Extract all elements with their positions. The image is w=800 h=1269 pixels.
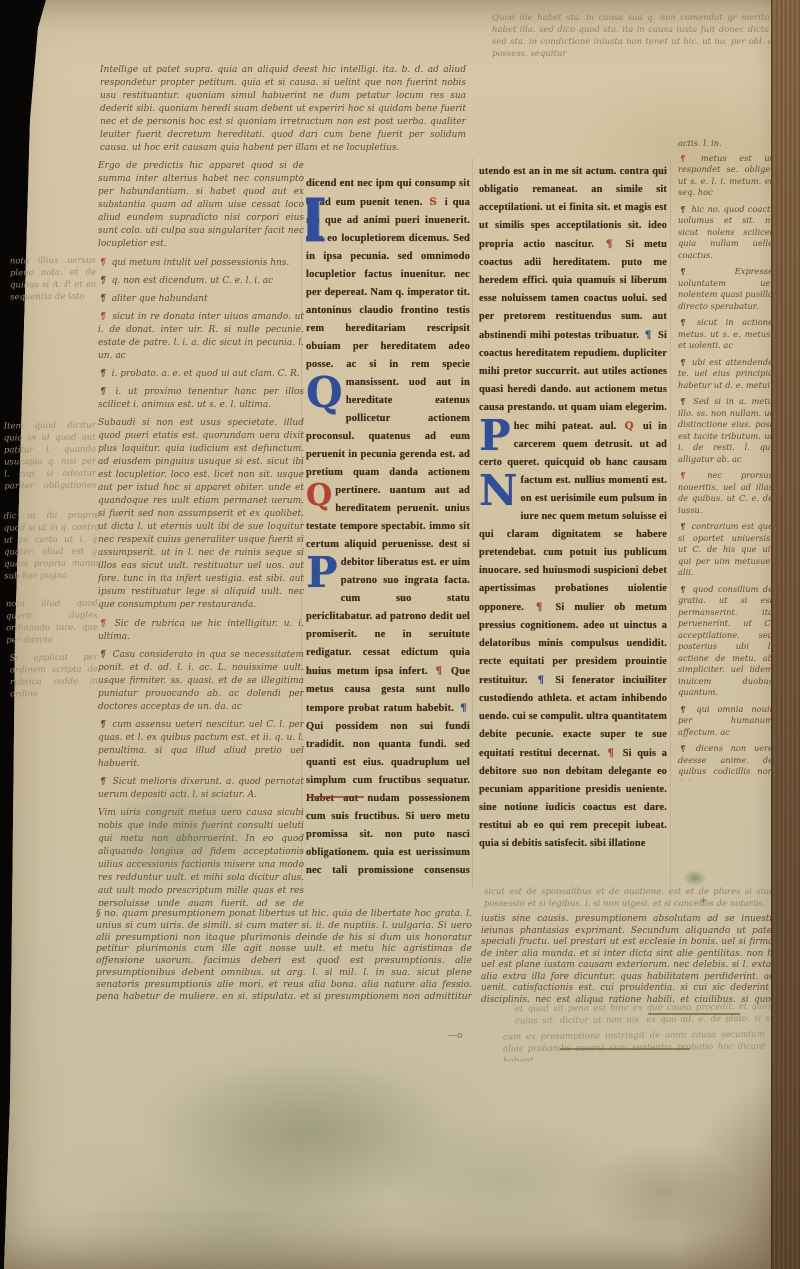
text-segment: Qui possidem non sui fundi tradidit. non… (306, 721, 470, 822)
pilcrow-icon: ¶ (604, 238, 616, 250)
gloss-entry-text: hic no. quod coacti uolumus et sit. n. s… (678, 204, 773, 260)
pilcrow-icon: ¶ (98, 650, 109, 660)
margin-note: dic ut ibi proprie quod si ut in q. cont… (4, 509, 101, 588)
gloss-entry: ¶ qui omnia nouit per humanum affectum. … (678, 704, 773, 739)
gloss-entry: -5 ¶ i. probato. a. e. et quod ui aut cl… (98, 368, 304, 381)
gloss-entry-text: Expresse uoluntatem uel nolentem quasi p… (678, 266, 773, 311)
damp-stain (150, 1060, 450, 1210)
gloss-entry: ¶ Sic de rubrica ue hic intelligitur. u.… (98, 618, 304, 644)
damp-stain (90, 780, 270, 890)
text-segment: i qua res que ad animi pueri inuenerit. … (306, 197, 470, 298)
pilcrow-icon: ¶ (98, 312, 109, 322)
illuminated-initial-Q: Q (306, 374, 346, 411)
gloss-entry-text: metus est ut respondet se. oblige. ut s.… (678, 153, 773, 198)
gloss-entry: -4 ¶ aliter que habundant (98, 293, 304, 306)
gloss-entry: ¶ Casu considerato in qua se necessitate… (98, 649, 304, 714)
gloss-entry: ¶ Expresse uoluntatem uel nolentem quasi… (678, 266, 773, 312)
gloss-entry: -9 ¶ i. ut proximo tenentur hanc per ill… (98, 386, 304, 412)
margin-note: Item quod dicitur quia in id quod aut pa… (4, 420, 97, 493)
gloss-entry-text: quod consilium de gratia. ut si est perm… (678, 584, 773, 698)
header-annotation: Quod ille habet sta. in causa sua q. non… (492, 12, 790, 64)
pilcrow-icon: ¶ (535, 674, 547, 686)
gloss-entry-text: i. probato. a. e. et quod ui aut clam. C… (112, 369, 300, 379)
pilcrow-icon: ¶ (678, 584, 688, 594)
pilcrow-icon: ¶ (678, 396, 688, 406)
gloss-entry-text: q. non est dicendum. ut C. e. l. i. ac (112, 276, 274, 286)
bottom-gloss-left: § no. quam presumptionem ponat libertus … (96, 908, 472, 1002)
pilcrow-icon: ¶ (433, 665, 445, 677)
gloss-entry: ¶ nec prorsus noueritis. uel ad illas de… (678, 470, 773, 516)
pilcrow-icon: ¶ (98, 720, 109, 730)
gloss-entry-text: cum assensu ueteri nescitur. uel C. l. p… (98, 720, 304, 769)
right-gloss-column: actis. l. in. ¶ metus est ut respondet s… (678, 138, 773, 780)
gloss-entry-text: Sic de rubrica ue hic intelligitur. u. i… (98, 619, 304, 642)
dash-reference-mark: —o (448, 1031, 462, 1041)
gloss-entry: ¶ hic no. quod coacti uolumus et sit. n.… (678, 204, 773, 262)
pilcrow-icon: ¶ (98, 387, 109, 397)
pilcrow-icon: ¶ (678, 317, 688, 327)
gloss-entry: ¶ cum assensu ueteri nescitur. uel C. l.… (98, 719, 304, 771)
gloss-entry-text: i. ut proximo tenentur hanc per illos sc… (98, 387, 304, 410)
pilcrow-icon: ¶ (98, 369, 109, 379)
interlinear-gloss: sicut est de sponsalibus et de ouatione.… (484, 886, 774, 912)
gloss-entry: ¶ quod consilium de gratia. ut si est pe… (678, 584, 773, 699)
manuscript-photo: Quod ille habet sta. in causa sua q. non… (0, 0, 800, 1269)
top-gloss-block: Intellige ut patet supra. quia an aliqui… (100, 64, 466, 160)
gloss-entry-text: ubi est attendende te. uel eius principi… (678, 357, 773, 390)
gloss-entry: -b ¶ sicut in re donata inter uiuos aman… (98, 311, 304, 363)
pilcrow-icon: ¶ (643, 329, 655, 341)
margin-note: Si applicat per ordinem scripta de rubri… (10, 652, 99, 709)
gloss-entry-text: aliter que habundant (112, 294, 208, 304)
text-segment: Si mulier ob metum pressius cognitionem.… (479, 602, 667, 686)
pilcrow-icon: ¶ (678, 470, 688, 480)
gloss-entry-text: qui metum intulit uel possessionis hns. (112, 258, 290, 268)
pilcrow-icon: ¶ (98, 258, 109, 268)
bottom-annotation: et quod sit pena est hinc ex quo causa p… (515, 1001, 783, 1030)
book-fore-edge (771, 0, 800, 1269)
gloss-entry: +o ¶ qui metum intulit uel possessionis … (98, 257, 304, 270)
gloss-entry: ¶ Sed si in a. metu illo. ss. non nullam… (678, 396, 773, 465)
gloss-entry-text: Sed si in a. metu illo. ss. non nullam. … (678, 396, 773, 464)
main-text-column-1: I dicend ent nec ipm qui consump sit q. … (306, 175, 470, 881)
pilcrow-icon: ¶ (98, 276, 109, 286)
text-segment: aul. (599, 421, 616, 432)
gloss-entry: actis. l. in. (678, 138, 773, 150)
pilcrow-icon: ¶ (534, 601, 546, 613)
gloss-entry-text: sicut in re donata inter uiuos amando. u… (98, 312, 304, 361)
pilcrow-icon: ¶ (98, 294, 109, 304)
pilcrow-icon: ¶ (678, 704, 688, 714)
bottom-annotation: cum ex presumptione instringit de omni c… (503, 1029, 765, 1062)
ruling-line (670, 158, 671, 888)
pilcrow-icon: ¶ (678, 521, 688, 531)
rubric-initial-Q: Q (623, 420, 637, 432)
red-underline (308, 796, 364, 798)
illuminated-initial-P: P (306, 554, 341, 591)
illuminated-initial-P: P (479, 417, 514, 454)
gloss-entry-text: dicens non uere deesse anime. de quibus … (678, 743, 773, 780)
gloss-entry-text: contrarium est que si oportet uniuersis.… (678, 521, 773, 577)
pilcrow-icon: ¶ (678, 357, 688, 367)
text-segment: Si fenerator inciuiliter custodiendo ath… (479, 675, 667, 759)
gloss-entry: ¶ ubi est attendende te. uel eius princi… (678, 357, 773, 392)
text-segment: Si coactus hereditatem repudiem. duplici… (479, 330, 667, 432)
pilcrow-icon: ¶ (678, 743, 688, 753)
gloss-entry: ¶ sicut in actione metus. ut s. e. metus… (678, 317, 773, 352)
pilcrow-icon: ¶ (678, 153, 688, 163)
illuminated-initial-N: N (479, 472, 521, 509)
gloss-entry-text: qui omnia nouit per humanum affectum. ac (678, 704, 773, 737)
illuminated-initial-I: I (306, 195, 327, 247)
bottom-gloss-right: iustis sine causis. presumptionem absolu… (481, 914, 793, 1006)
gloss-continuation: Ergo de predictis hic apparet quod si de… (98, 160, 304, 251)
text-segment: Si metu coactus adii hereditatem. puto m… (479, 239, 667, 341)
ink-underline (560, 1048, 690, 1050)
main-text-column-2: utendo est an in me sit actum. contra qu… (479, 163, 667, 881)
text-segment: Si quis a debitore suo non debitam deleg… (479, 748, 667, 849)
margin-note: nota illius uersus plene nota. et de qui… (10, 255, 96, 302)
gloss-entry: -t ¶ q. non est dicendum. ut C. e. l. i.… (98, 275, 304, 288)
pilcrow-icon: ¶ (458, 702, 470, 714)
pilcrow-icon: ¶ (678, 266, 688, 276)
gloss-entry-text: nec prorsus noueritis. uel ad illas de q… (678, 470, 773, 515)
margin-note: nota illud quod querit duplex ordinando … (6, 598, 99, 651)
text-segment: utendo est an in me sit actum. contra qu… (479, 166, 667, 250)
gloss-paragraph: Subaudi si non est usus specietate. illu… (98, 417, 304, 612)
pilcrow-icon: ¶ (98, 619, 109, 629)
ink-underline (648, 1013, 740, 1015)
pilcrow-icon: ¶ (605, 747, 617, 759)
ruling-line (472, 158, 473, 888)
cross-reference-mark: + (700, 896, 708, 906)
rubric-initial-Q: Q (306, 482, 335, 509)
gloss-entry: ¶ contrarium est que si oportet uniuersi… (678, 521, 773, 579)
green-stain (683, 870, 707, 886)
gloss-entry: ¶ dicens non uere deesse anime. de quibu… (678, 743, 773, 780)
text-segment: Nam q. imperator tit. antoninus claudio … (306, 287, 470, 388)
rubric-initial-S: S (427, 196, 440, 208)
pilcrow-icon: ¶ (678, 204, 688, 214)
gloss-entry: ¶ metus est ut respondet se. oblige. ut … (678, 153, 773, 199)
gloss-entry-text: Casu considerato in qua se necessitatem … (98, 650, 304, 712)
gloss-entry-text: sicut in actione metus. ut s. e. metus. … (678, 317, 773, 350)
